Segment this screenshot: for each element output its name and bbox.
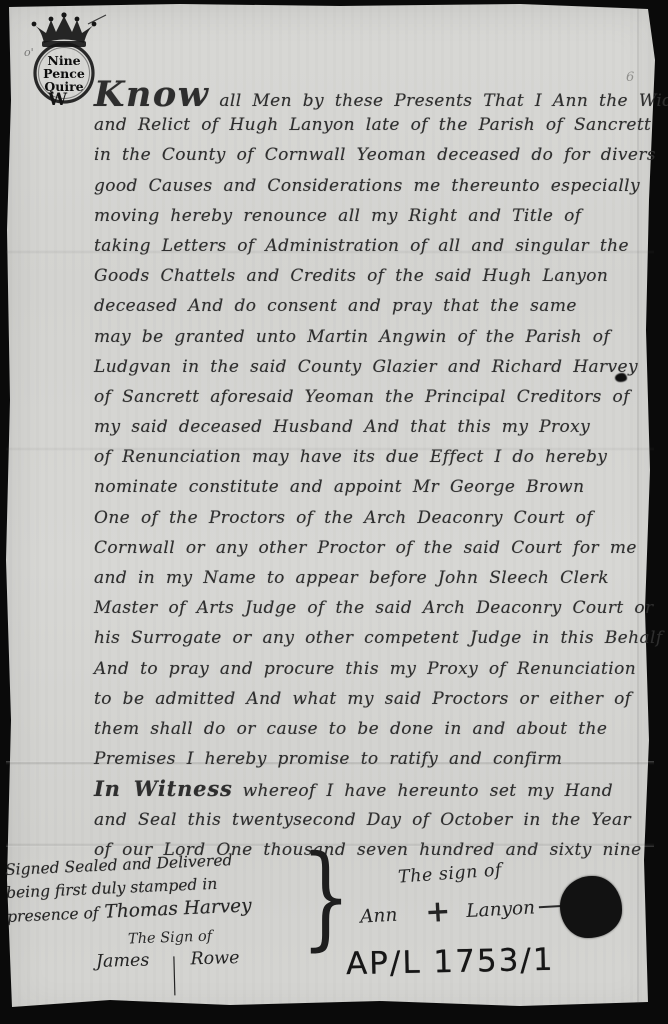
line-text: and Seal this twentysecond Day of Octobe… xyxy=(94,810,631,830)
signer-surname: Lanyon xyxy=(466,897,536,922)
witness2-mark: | xyxy=(171,950,177,997)
ink-blot xyxy=(615,373,627,382)
line-text: And to pray and procure this my Proxy of… xyxy=(94,659,636,679)
line-text: and Relict of Hugh Lanyon late of the Pa… xyxy=(94,115,651,135)
countermark-letter: W xyxy=(48,90,68,110)
line-text: Ludgvan in the said County Glazier and R… xyxy=(94,357,638,377)
witness2-forename: James xyxy=(96,950,150,971)
manuscript-line: good Causes and Considerations me thereu… xyxy=(94,171,650,201)
manuscript-line: his Surrogate or any other competent Jud… xyxy=(94,623,650,653)
line-text: all Men by these Presents That I Ann the… xyxy=(219,91,668,111)
signer-forename: Ann xyxy=(360,904,398,927)
sign-of-label-left: The Sign of xyxy=(128,929,213,948)
manuscript-line: deceased And do consent and pray that th… xyxy=(94,291,650,321)
line-text: his Surrogate or any other competent Jud… xyxy=(94,628,663,648)
manuscript-line: them shall do or cause to be done in and… xyxy=(94,714,650,744)
wax-seal xyxy=(560,876,622,938)
line-text: One of the Proctors of the Arch Deaconry… xyxy=(94,508,593,528)
attestation-line-text: presence of xyxy=(7,904,99,926)
manuscript-line: Ludgvan in the said County Glazier and R… xyxy=(94,352,650,382)
line-text: of Sancrett aforesaid Yeoman the Princip… xyxy=(94,387,630,407)
attestation-brace: } xyxy=(301,840,351,955)
line-text: good Causes and Considerations me thereu… xyxy=(94,176,640,196)
line-text: moving hereby renounce all my Right and … xyxy=(94,206,581,226)
manuscript-line: Master of Arts Judge of the said Arch De… xyxy=(94,593,650,623)
line-text: Master of Arts Judge of the said Arch De… xyxy=(94,598,654,618)
manuscript-line: And to pray and procure this my Proxy of… xyxy=(94,654,650,684)
line-text: Cornwall or any other Proctor of the sai… xyxy=(94,538,637,558)
opening-word: In Witness xyxy=(94,776,233,801)
line-text: taking Letters of Administration of all … xyxy=(94,236,629,256)
manuscript-line: In Witnesswhereof I have hereunto set my… xyxy=(94,774,650,804)
manuscript-line: taking Letters of Administration of all … xyxy=(94,231,650,261)
line-text: Goods Chattels and Credits of the said H… xyxy=(94,266,608,286)
manuscript-line: Goods Chattels and Credits of the said H… xyxy=(94,261,650,291)
manuscript-body: Knowall Men by these Presents That I Ann… xyxy=(94,80,650,865)
opening-word: Know xyxy=(94,74,209,115)
manuscript-line: Premises I hereby promise to ratify and … xyxy=(94,744,650,774)
signer-cross-mark: + xyxy=(424,897,451,928)
manuscript-line: and in my Name to appear before John Sle… xyxy=(94,563,650,593)
pen-stroke xyxy=(88,15,106,24)
manuscript-line: One of the Proctors of the Arch Deaconry… xyxy=(94,503,650,533)
manuscript-line: of Sancrett aforesaid Yeoman the Princip… xyxy=(94,382,650,412)
manuscript-line: Knowall Men by these Presents That I Ann… xyxy=(94,80,650,110)
manuscript-line: may be granted unto Martin Angwin of the… xyxy=(94,322,650,352)
manuscript-line: and Relict of Hugh Lanyon late of the Pa… xyxy=(94,110,650,140)
manuscript-line: Cornwall or any other Proctor of the sai… xyxy=(94,533,650,563)
witness-mark-james-rowe: James | Rowe xyxy=(96,948,240,972)
line-text: in the County of Cornwall Yeoman decease… xyxy=(94,145,656,165)
manuscript-line: moving hereby renounce all my Right and … xyxy=(94,201,650,231)
line-text: to be admitted And what my said Proctors… xyxy=(94,689,632,709)
line-text: nominate constitute and appoint Mr Georg… xyxy=(94,477,584,497)
line-text: may be granted unto Martin Angwin of the… xyxy=(94,327,610,347)
witness2-surname: Rowe xyxy=(190,948,240,969)
manuscript-line: in the County of Cornwall Yeoman decease… xyxy=(94,140,650,170)
manuscript-line: nominate constitute and appoint Mr Georg… xyxy=(94,472,650,502)
line-text: deceased And do consent and pray that th… xyxy=(94,296,577,316)
line-text: of Renunciation may have its due Effect … xyxy=(94,447,607,467)
archive-reference: AP/L 1753/1 xyxy=(346,942,555,982)
ghost-impression: o' xyxy=(24,46,34,59)
line-text: them shall do or cause to be done in and… xyxy=(94,719,607,739)
manuscript-line: and Seal this twentysecond Day of Octobe… xyxy=(94,805,650,835)
line-text: and in my Name to appear before John Sle… xyxy=(94,568,609,588)
witness-signature-thomas-harvey: Thomas Harvey xyxy=(104,895,252,922)
attestation-block: Signed Sealed and Delivered being first … xyxy=(5,845,328,929)
manuscript-line: to be admitted And what my said Proctors… xyxy=(94,684,650,714)
line-text: my said deceased Husband And that this m… xyxy=(94,417,590,437)
manuscript-line: of Renunciation may have its due Effect … xyxy=(94,442,650,472)
crown-icon xyxy=(32,12,97,47)
line-text: Premises I hereby promise to ratify and … xyxy=(94,749,562,769)
document-scan: o' Nine Pence Quire W 6 Knowall Men by t… xyxy=(0,0,668,1024)
manuscript-line: my said deceased Husband And that this m… xyxy=(94,412,650,442)
line-text: whereof I have hereunto set my Hand xyxy=(243,781,613,801)
